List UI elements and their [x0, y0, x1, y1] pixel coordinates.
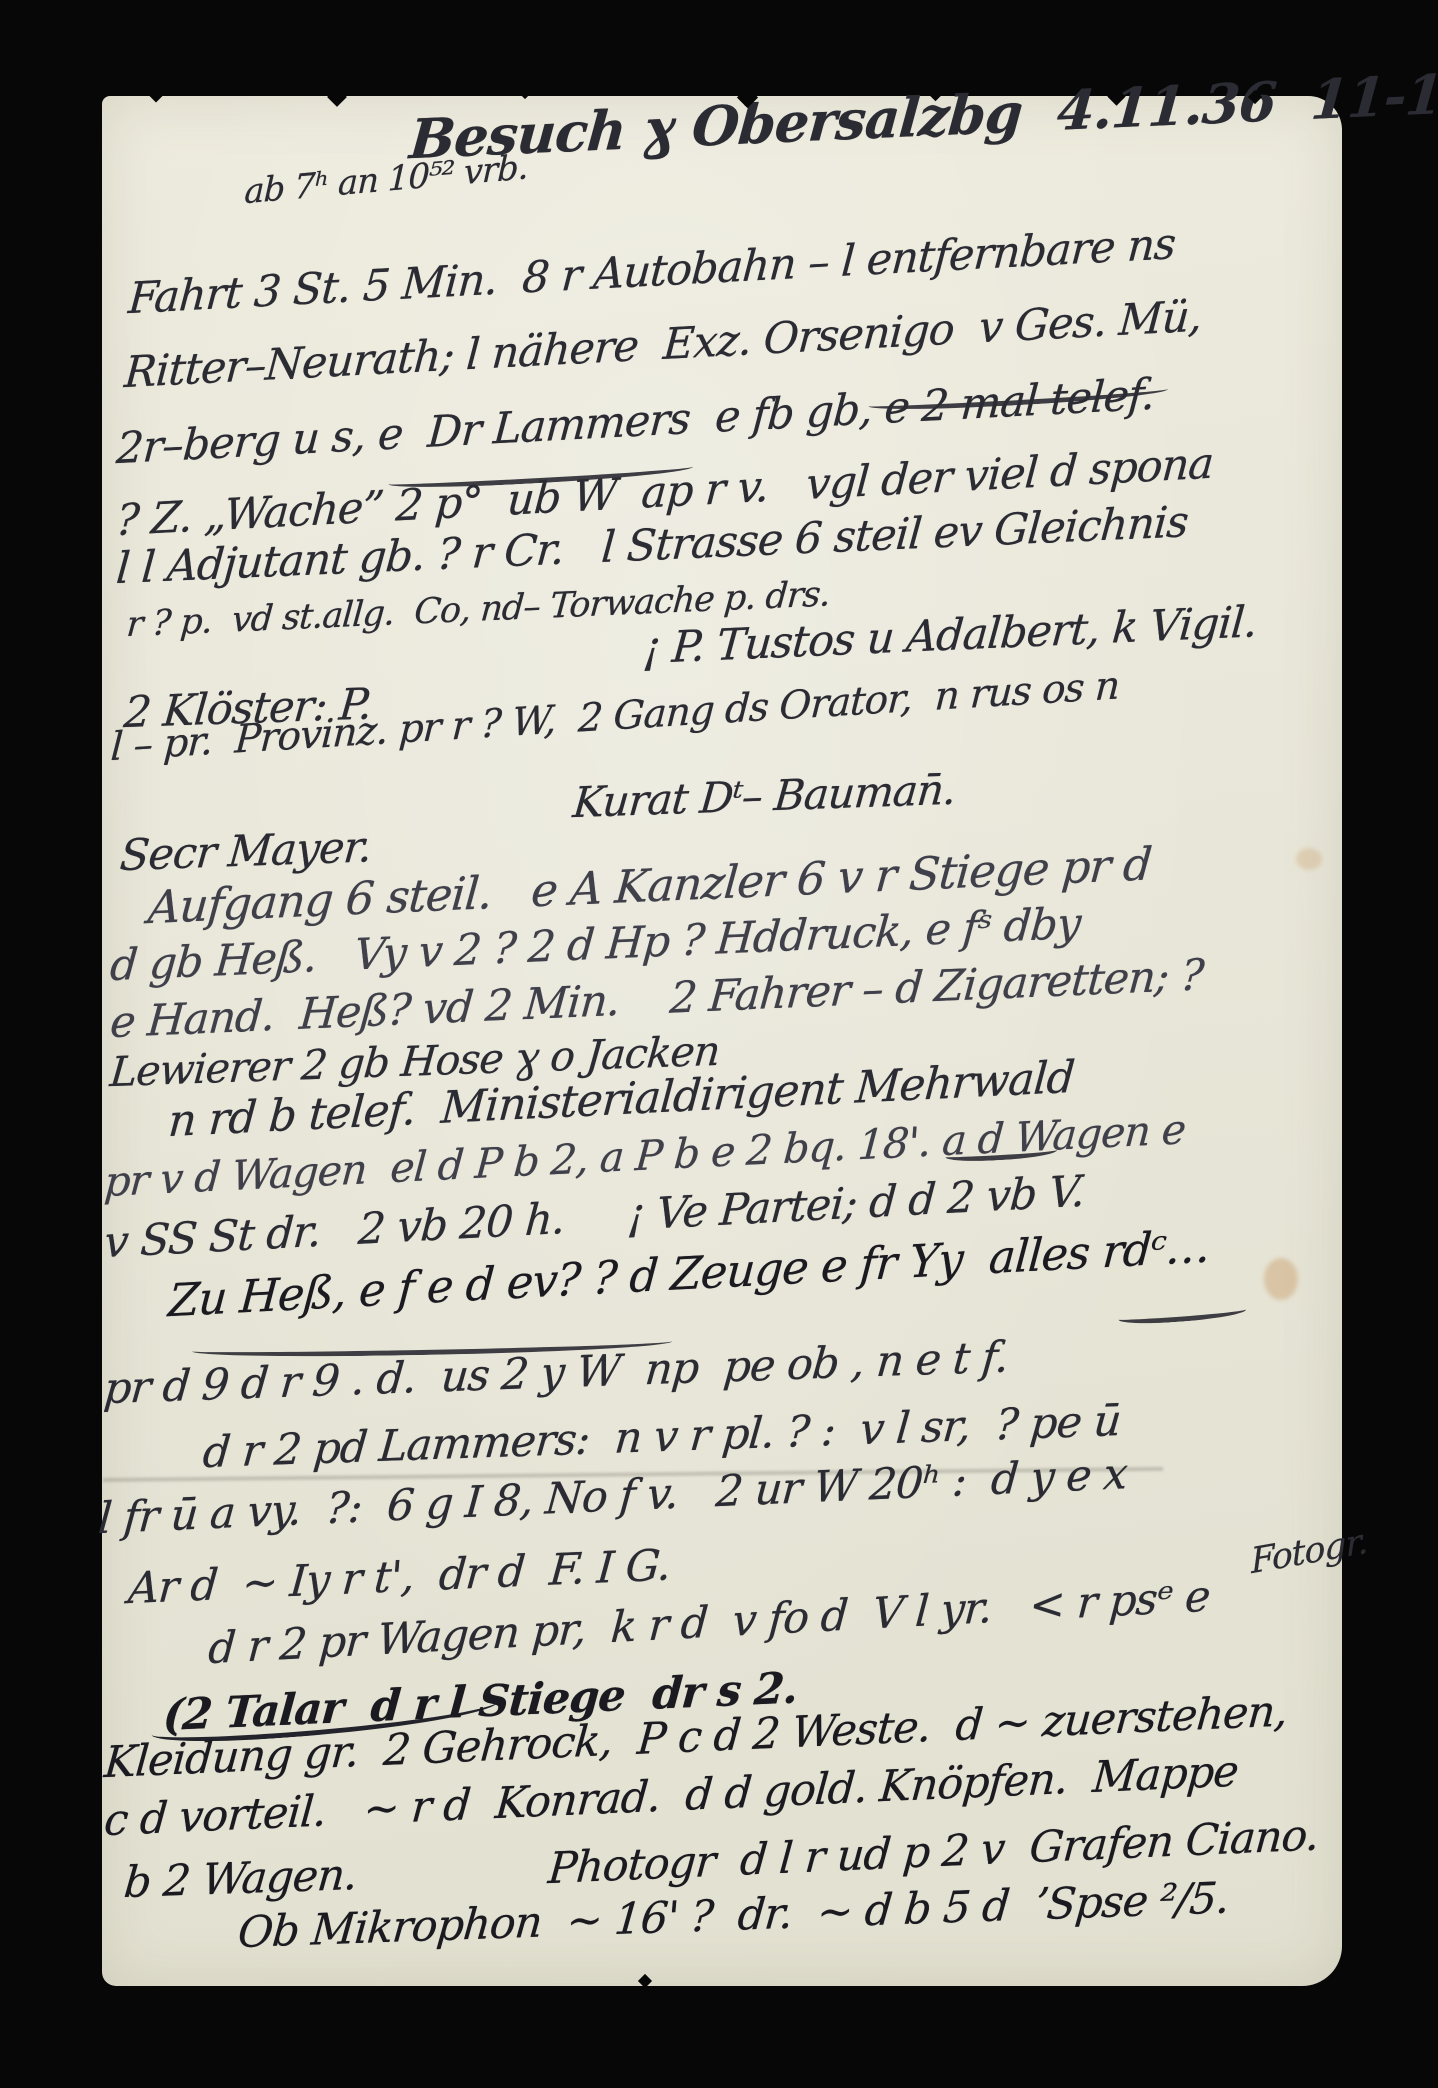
- handwriting-line: b 2 Wagen.: [122, 1854, 358, 1905]
- stain-right-mid: [1264, 1258, 1298, 1300]
- scan-backdrop: Besuch ɣ Obersalzbg 4.11.36 11-14¾ab 7ʰ …: [0, 0, 1438, 2088]
- stain-right-upper: [1296, 848, 1322, 870]
- handwriting-line: Secr Mayer.: [118, 826, 373, 878]
